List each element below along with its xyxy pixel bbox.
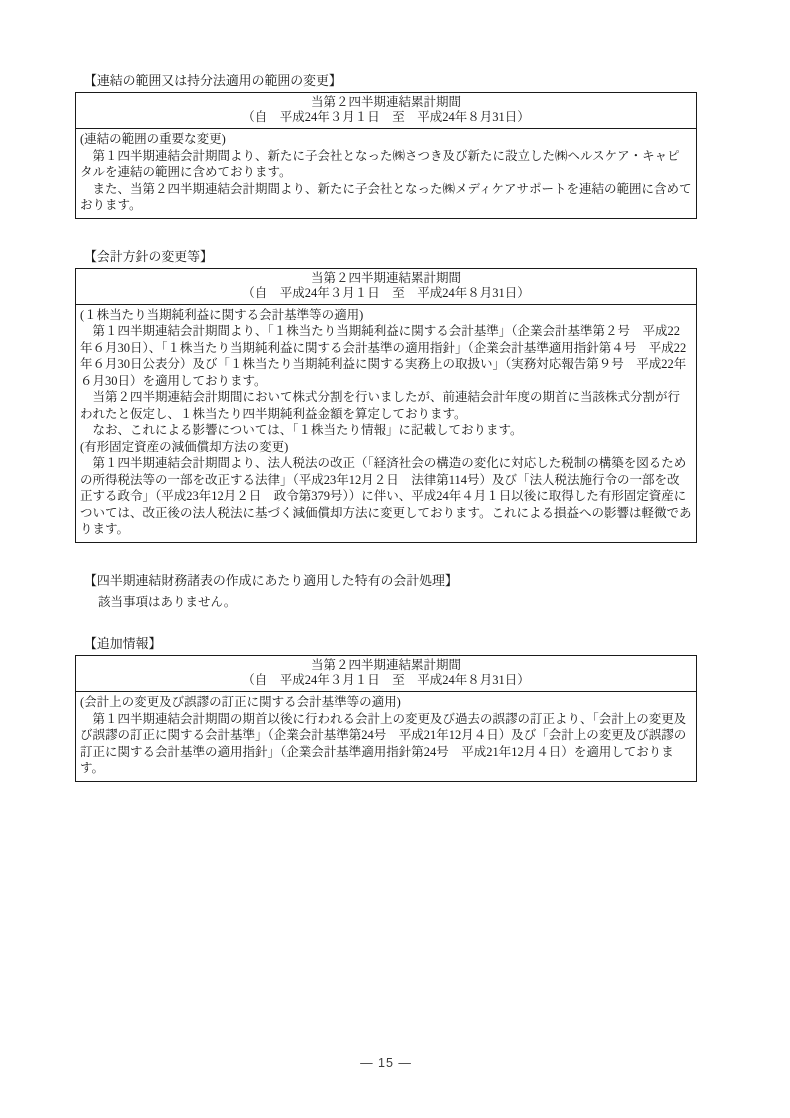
paragraph: 第１四半期連結会計期間より、法人税法の改正（「経済社会の構造の変化に対応した税制…: [80, 455, 692, 538]
no-applicable-items-note: 該当事項はありません。: [98, 594, 697, 611]
period-table-header: 当第２四半期連結累計期間 （自 平成24年３月１日 至 平成24年８月31日）: [76, 269, 696, 305]
paragraph: なお、これによる影響については、「１株当たり情報」に記載しております。: [80, 422, 692, 439]
paragraph: (有形固定資産の減価償却方法の変更): [80, 439, 692, 456]
document-page: 【連結の範囲又は持分法適用の範囲の変更】 当第２四半期連結累計期間 （自 平成2…: [0, 0, 790, 1118]
section-heading: 【会計方針の変更等】: [84, 249, 697, 265]
period-table: 当第２四半期連結累計期間 （自 平成24年３月１日 至 平成24年８月31日） …: [75, 92, 697, 219]
period-title: 当第２四半期連結累計期間: [76, 95, 696, 110]
period-table-body: (会計上の変更及び誤謬の訂正に関する会計基準等の適用) 第１四半期連結会計期間の…: [76, 692, 696, 781]
paragraph: (１株当たり当期純利益に関する会計基準等の適用): [80, 307, 692, 324]
period-range: （自 平成24年３月１日 至 平成24年８月31日）: [76, 673, 696, 688]
section-additional-info: 【追加情報】 当第２四半期連結累計期間 （自 平成24年３月１日 至 平成24年…: [75, 636, 697, 782]
paragraph: (連結の範囲の重要な変更): [80, 131, 692, 148]
paragraph: また、当第２四半期連結会計期間より、新たに子会社となった㈱メディケアサポートを連…: [80, 181, 692, 214]
period-range: （自 平成24年３月１日 至 平成24年８月31日）: [76, 286, 696, 301]
section-heading: 【四半期連結財務諸表の作成にあたり適用した特有の会計処理】: [84, 573, 697, 589]
period-table-body: (連結の範囲の重要な変更) 第１四半期連結会計期間より、新たに子会社となった㈱さ…: [76, 129, 696, 218]
paragraph: 第１四半期連結会計期間より、新たに子会社となった㈱さつき及び新たに設立した㈱ヘル…: [80, 148, 692, 181]
paragraph: 第１四半期連結会計期間の期首以後に行われる会計上の変更及び過去の誤謬の訂正より、…: [80, 711, 692, 777]
period-range: （自 平成24年３月１日 至 平成24年８月31日）: [76, 110, 696, 125]
period-table: 当第２四半期連結累計期間 （自 平成24年３月１日 至 平成24年８月31日） …: [75, 268, 697, 543]
page-number: ― 15 ―: [75, 1056, 697, 1070]
period-title: 当第２四半期連結累計期間: [76, 658, 696, 673]
section-consolidation-scope: 【連結の範囲又は持分法適用の範囲の変更】 当第２四半期連結累計期間 （自 平成2…: [75, 73, 697, 219]
period-title: 当第２四半期連結累計期間: [76, 271, 696, 286]
period-table-header: 当第２四半期連結累計期間 （自 平成24年３月１日 至 平成24年８月31日）: [76, 93, 696, 129]
section-heading: 【連結の範囲又は持分法適用の範囲の変更】: [84, 73, 697, 89]
paragraph: 当第２四半期連結会計期間において株式分割を行いましたが、前連結会計年度の期首に当…: [80, 389, 692, 422]
section-special-accounting: 【四半期連結財務諸表の作成にあたり適用した特有の会計処理】 該当事項はありません…: [75, 573, 697, 611]
document-content: 【連結の範囲又は持分法適用の範囲の変更】 当第２四半期連結累計期間 （自 平成2…: [75, 0, 697, 782]
paragraph: 第１四半期連結会計期間より、「１株当たり当期純利益に関する会計基準」（企業会計基…: [80, 323, 692, 389]
section-accounting-policy-changes: 【会計方針の変更等】 当第２四半期連結累計期間 （自 平成24年３月１日 至 平…: [75, 249, 697, 543]
period-table: 当第２四半期連結累計期間 （自 平成24年３月１日 至 平成24年８月31日） …: [75, 655, 697, 782]
paragraph: (会計上の変更及び誤謬の訂正に関する会計基準等の適用): [80, 694, 692, 711]
section-heading: 【追加情報】: [84, 636, 697, 652]
period-table-body: (１株当たり当期純利益に関する会計基準等の適用) 第１四半期連結会計期間より、「…: [76, 305, 696, 542]
period-table-header: 当第２四半期連結累計期間 （自 平成24年３月１日 至 平成24年８月31日）: [76, 656, 696, 692]
